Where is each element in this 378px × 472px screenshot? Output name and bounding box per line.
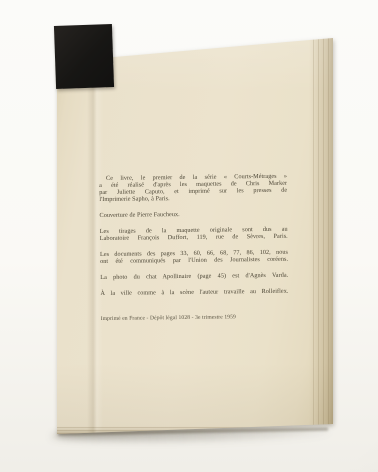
photo-backdrop: Ce livre, le premier de la série « Court… <box>0 0 378 472</box>
colophon-paragraph: Couverture de Pierre Faucheux. <box>99 210 287 219</box>
colophon-line: Couverture de Pierre Faucheux. <box>99 210 287 219</box>
colophon-line: À la ville comme à la scène l'auteur tra… <box>100 288 288 297</box>
colophon-paragraph: À la ville comme à la scène l'auteur tra… <box>100 288 288 297</box>
colophon-paragraph: Ce livre, le premier de la série « Court… <box>99 173 287 203</box>
book: Ce livre, le premier de la série « Court… <box>0 0 378 472</box>
colophon-paragraph: La photo du chat Apollinaire (page 45) e… <box>100 272 288 281</box>
book-cover-corner <box>54 24 114 89</box>
page-fore-edge <box>309 38 333 434</box>
colophon-paragraph: Les documents des pages 33, 60, 66, 68, … <box>100 249 288 265</box>
colophon-line: La photo du chat Apollinaire (page 45) e… <box>100 272 288 281</box>
page-surface: Ce livre, le premier de la série « Court… <box>57 38 333 434</box>
colophon-line: ont été communiqués par l'Union des Jour… <box>100 256 288 265</box>
colophon-paragraph: Les tirages de la maquette originale son… <box>100 226 288 242</box>
book-pages: Ce livre, le premier de la série « Court… <box>57 38 333 434</box>
page-bottom-edge <box>57 426 333 434</box>
colophon-line: l'Imprimerie Sapho, à Paris. <box>99 194 287 203</box>
colophon-line: Laboratoire François Duffort, 119, rue d… <box>100 233 288 242</box>
imprint-line: Imprimé en France - Dépôt légal 1028 - 3… <box>101 314 289 323</box>
colophon-text: Ce livre, le premier de la série « Court… <box>99 173 289 323</box>
